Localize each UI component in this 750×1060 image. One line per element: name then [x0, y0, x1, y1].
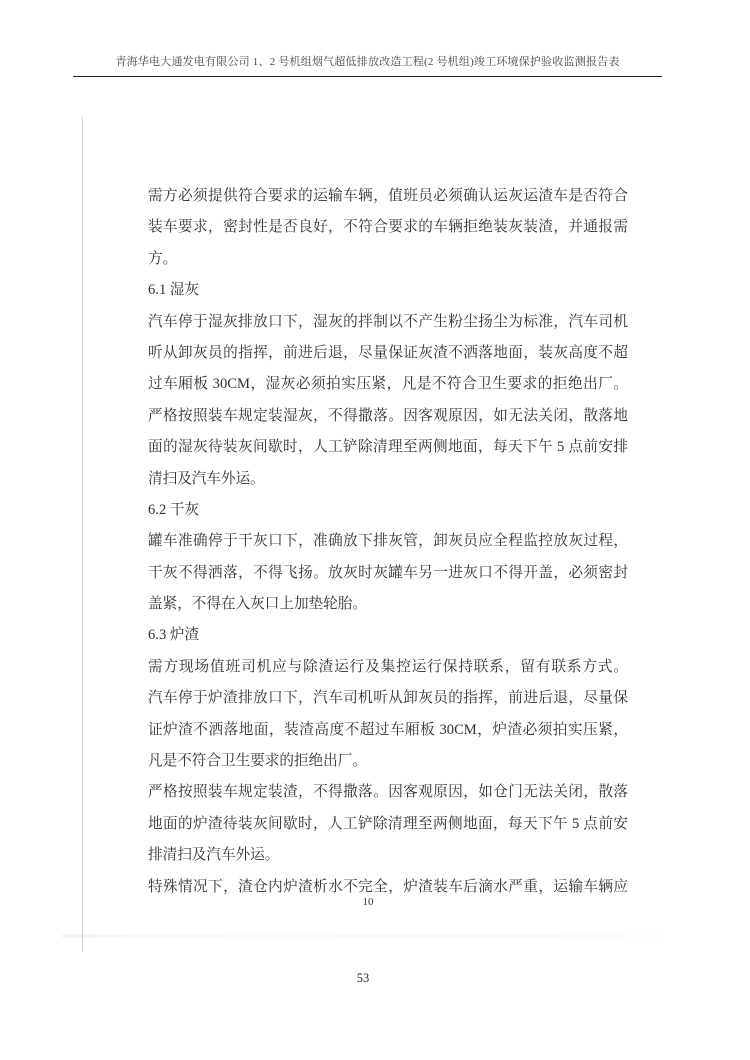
text-line: 过车厢板 30CM，湿灰必须拍实压紧，凡是不符合卫生要求的拒绝出厂。	[148, 369, 628, 400]
text-line: 清扫及汽车外运。	[148, 464, 628, 495]
document-page: 青海华电大通发电有限公司 1、2 号机组烟气超低排放改造工程(2 号机组)竣工环…	[0, 0, 750, 1060]
text-line: 严格按照装车规定装湿灰，不得撒落。因客观原因，如无法关闭，散落地	[148, 401, 628, 432]
inner-page-number: 10	[83, 896, 653, 908]
outer-page-number: 53	[78, 971, 648, 986]
header-rule	[73, 76, 662, 77]
text-line: 凡是不符合卫生要求的拒绝出厂。	[148, 746, 628, 777]
scanned-page-left-edge	[82, 117, 83, 952]
text-line: 装车要求，密封性是否良好，不符合要求的车辆拒绝装灰装渣，并通报需	[148, 212, 628, 243]
text-line: 汽车停于湿灰排放口下，湿灰的拌制以不产生粉尘扬尘为标准，汽车司机	[148, 307, 628, 338]
text-line: 听从卸灰员的指挥，前进后退，尽量保证灰渣不洒落地面，装灰高度不超	[148, 338, 628, 369]
section-heading: 6.3 炉渣	[148, 620, 628, 651]
body-text: 需方必须提供符合要求的运输车辆，值班员必须确认运灰运渣车是否符合装车要求，密封性…	[148, 181, 628, 903]
text-line: 方。	[148, 244, 628, 275]
report-header-title: 青海华电大通发电有限公司 1、2 号机组烟气超低排放改造工程(2 号机组)竣工环…	[73, 53, 662, 69]
text-line: 盖紧，不得在入灰口上加垫轮胎。	[148, 589, 628, 620]
text-line: 汽车停于炉渣排放口下，汽车司机听从卸灰员的指挥，前进后退，尽量保	[148, 683, 628, 714]
scan-artifact-smudge	[62, 934, 662, 938]
text-line: 需方必须提供符合要求的运输车辆，值班员必须确认运灰运渣车是否符合	[148, 181, 628, 212]
text-line: 面的湿灰待装灰间歇时，人工铲除清理至两侧地面，每天下午 5 点前安排	[148, 432, 628, 463]
text-line: 需方现场值班司机应与除渣运行及集控运行保持联系，留有联系方式。	[148, 652, 628, 683]
text-line: 严格按照装车规定装渣，不得撒落。因客观原因，如仓门无法关闭，散落	[148, 777, 628, 808]
section-heading: 6.2 干灰	[148, 495, 628, 526]
section-heading: 6.1 湿灰	[148, 275, 628, 306]
text-line: 证炉渣不洒落地面，装渣高度不超过车厢板 30CM，炉渣必须拍实压紧，	[148, 715, 628, 746]
text-line: 地面的炉渣待装灰间歇时，人工铲除清理至两侧地面，每天下午 5 点前安	[148, 809, 628, 840]
text-line: 罐车准确停于干灰口下，准确放下排灰管，卸灰员应全程监控放灰过程，	[148, 526, 628, 557]
text-line: 干灰不得洒落，不得飞扬。放灰时灰罐车另一进灰口不得开盖，必须密封	[148, 558, 628, 589]
text-line: 排清扫及汽车外运。	[148, 840, 628, 871]
